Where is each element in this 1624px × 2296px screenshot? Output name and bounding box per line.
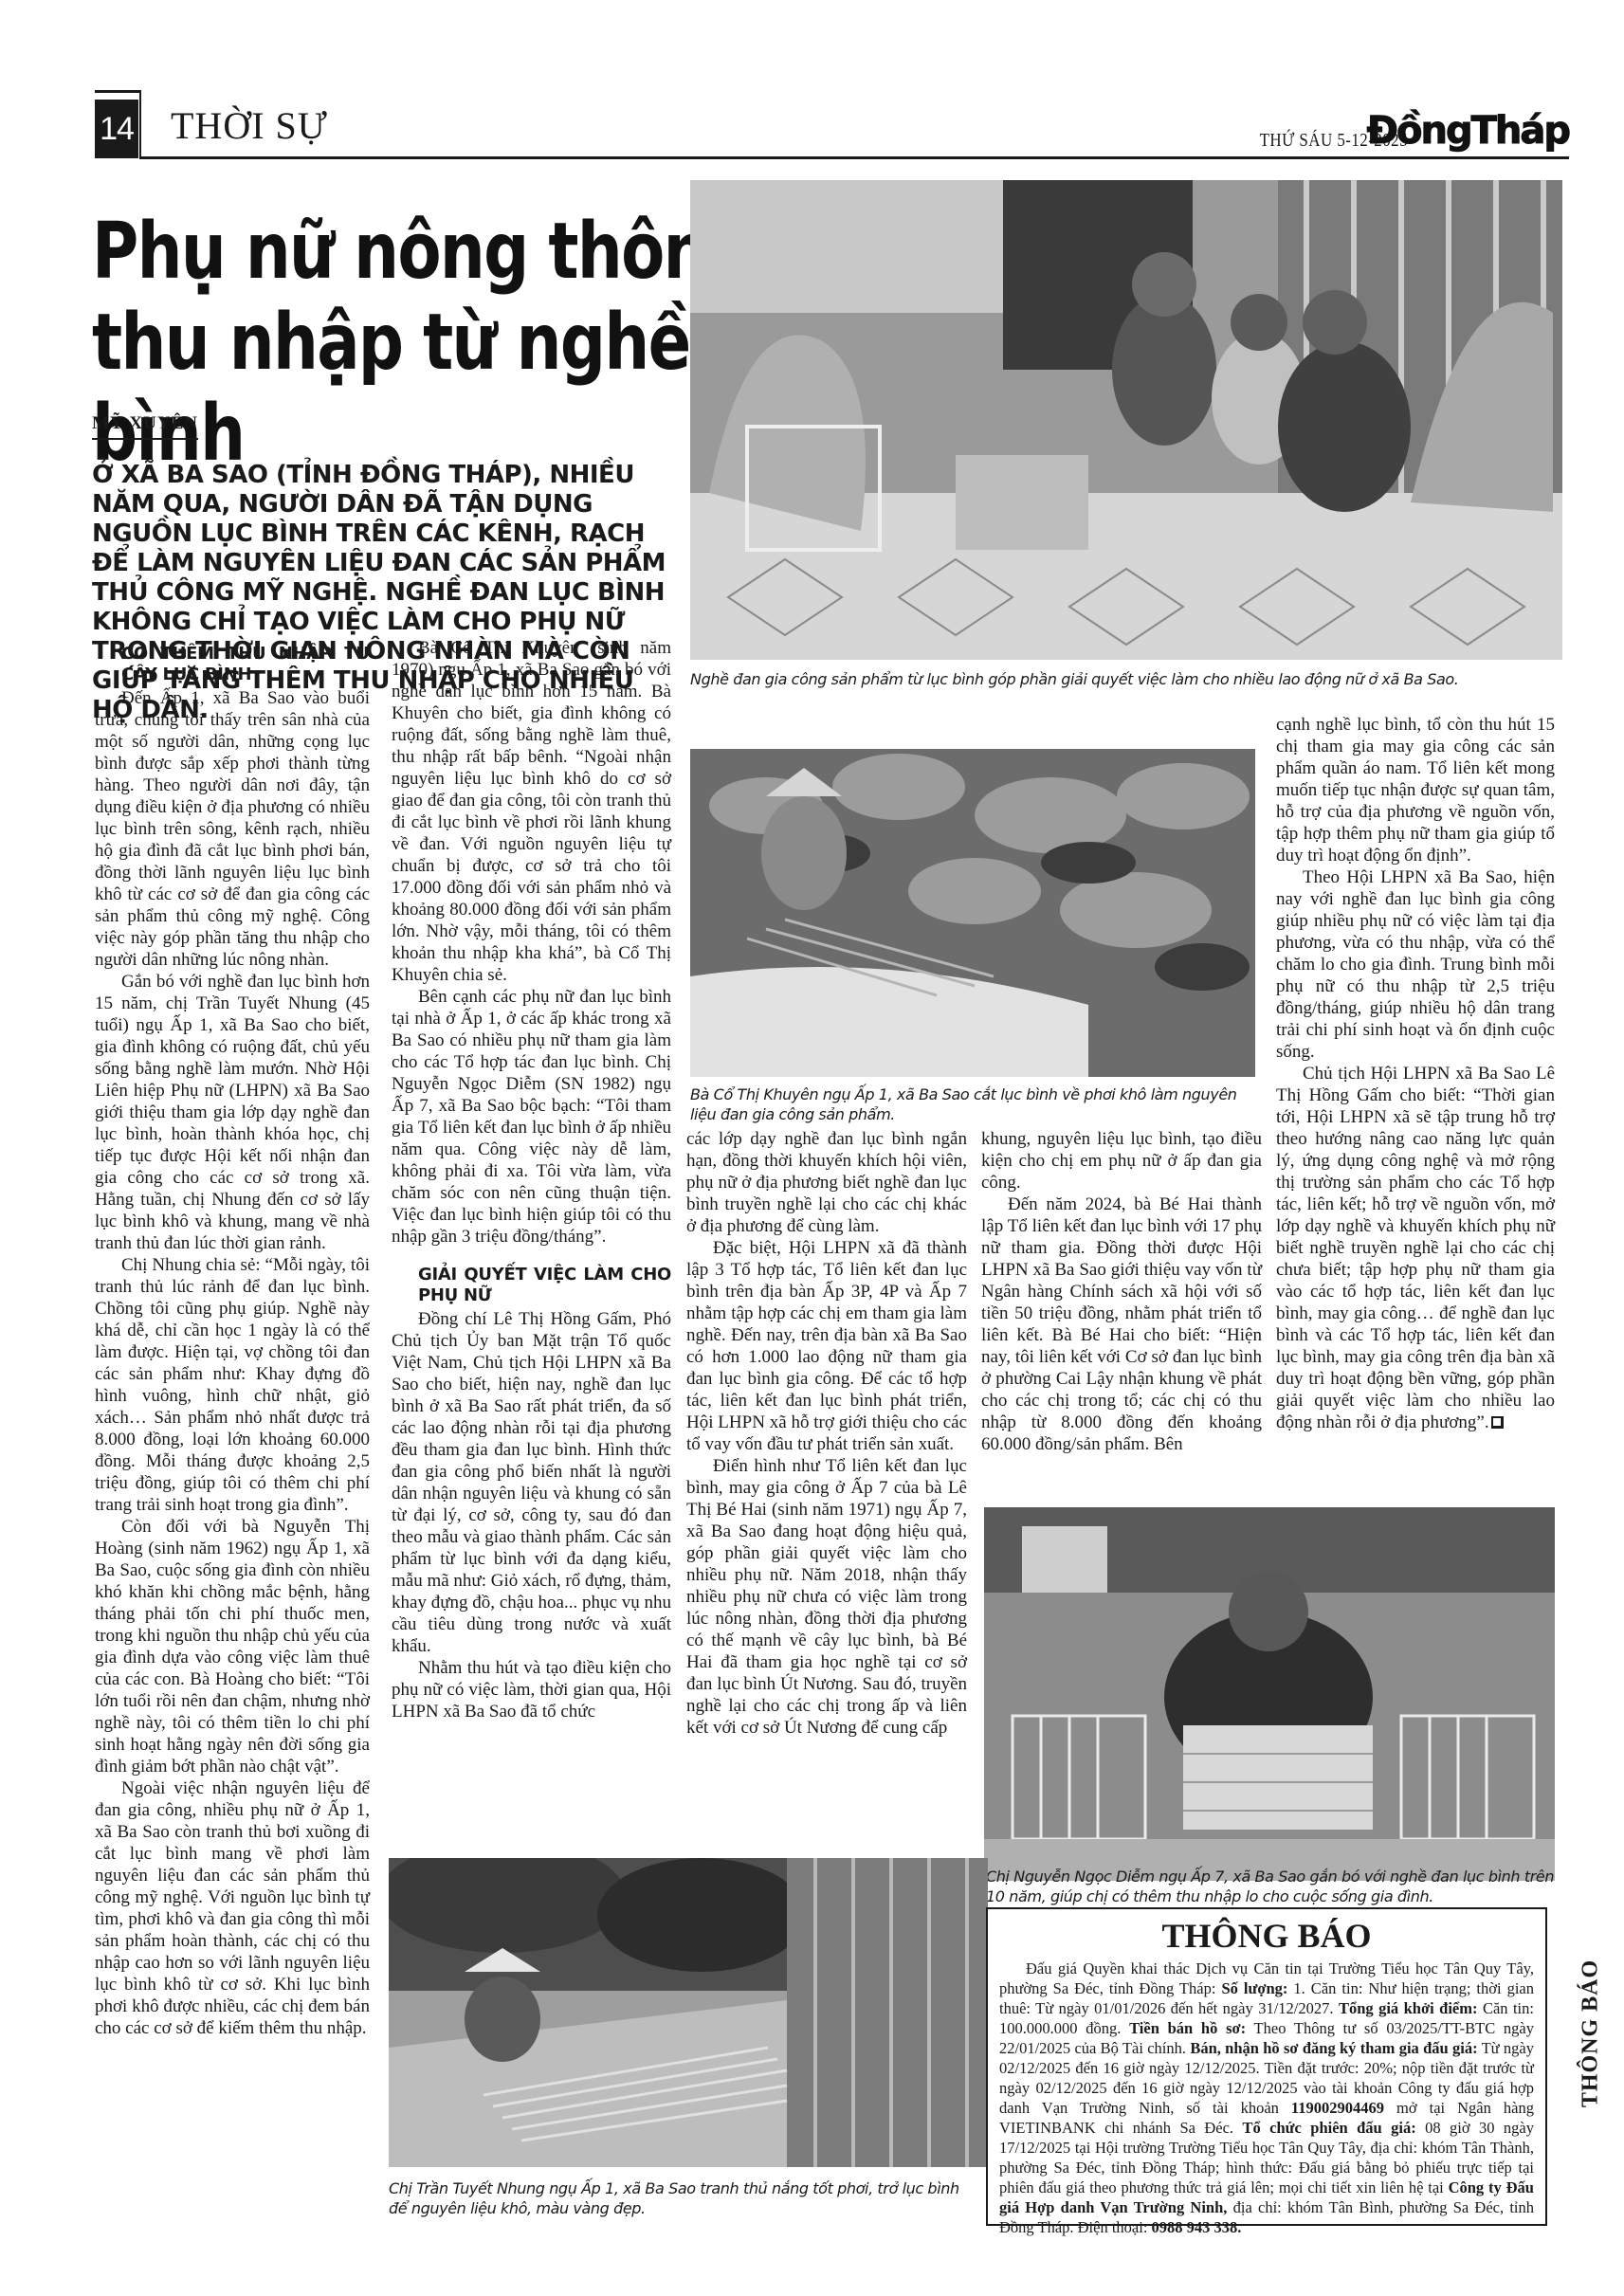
paragraph: Chị Nhung chia sẻ: “Mỗi ngày, tôi tranh … (95, 1254, 370, 1516)
paragraph: các lớp dạy nghề đan lục bình ngắn hạn, … (686, 1128, 967, 1237)
photo-caption: Bà Cổ Thị Khuyên ngụ Ấp 1, xã Ba Sao cắt… (690, 1084, 1259, 1124)
article-column-1: CÓ THÊM THU NHẬP TỪ CÂY LỤC BÌNH Đến Ấp … (95, 640, 370, 2039)
page-header: 14 THỜI SỰ THỨ SÁU 5-12-2025 ĐồngTháp (95, 90, 1569, 156)
notice-bold: Bán, nhận hồ sơ đăng ký tham gia đấu giá… (1190, 2039, 1477, 2057)
paragraph: Theo Hội LHPN xã Ba Sao, hiện nay với ng… (1276, 866, 1555, 1063)
end-of-article-icon (1491, 1416, 1504, 1429)
byline: MỸ XUYÊN (92, 413, 198, 440)
subheading-employment: GIẢI QUYẾT VIỆC LÀM CHO PHỤ NỮ (392, 1265, 671, 1306)
paragraph: Bên cạnh các phụ nữ đan lục bình tại nhà… (392, 986, 671, 1248)
notice-bold: Tổ chức phiên đấu giá: (1242, 2119, 1415, 2137)
paragraph-text: Chủ tịch Hội LHPN xã Ba Sao Lê Thị Hồng … (1276, 1064, 1555, 1432)
photo-caption: Chị Trần Tuyết Nhung ngụ Ấp 1, xã Ba Sao… (389, 2178, 976, 2218)
photo-cutting-hyacinth (690, 749, 1255, 1077)
paragraph: Bà Cổ Thị Khuyên (sinh năm 1970) ngụ Ấp … (392, 637, 671, 986)
photo-image (984, 1507, 1555, 1881)
paragraph: cạnh nghề lục bình, tổ còn thu hút 15 ch… (1276, 714, 1555, 866)
notice-phone: 0988 943 338. (1152, 2218, 1242, 2236)
side-label-text: THÔNG BÁO (1578, 1959, 1604, 2107)
notice-bold: Tổng giá khởi điểm: (1339, 1999, 1478, 2017)
paragraph: Đến năm 2024, bà Bé Hai thành lập Tổ liê… (981, 1194, 1262, 1455)
auction-notice: THÔNG BÁO Đấu giá Quyền khai thác Dịch v… (986, 1907, 1547, 2226)
photo-caption: Chị Nguyễn Ngọc Diễm ngụ Ấp 7, xã Ba Sao… (986, 1867, 1555, 1906)
newspaper-logo: ĐồngTháp (1367, 109, 1570, 153)
photo-drying-hyacinth (389, 1858, 988, 2167)
photo-woman-weaving-basket (984, 1507, 1555, 1881)
photo-caption: Nghề đan gia công sản phẩm từ lục bình g… (690, 669, 1562, 689)
section-name: THỜI SỰ (171, 103, 328, 148)
paragraph: Gắn bó với nghề đan lục bình hơn 15 năm,… (95, 971, 370, 1254)
paragraph: Nhằm thu hút và tạo điều kiện cho phụ nữ… (392, 1657, 671, 1722)
notice-account-number: 119002904469 (1291, 2099, 1384, 2117)
header-rule (140, 156, 1569, 159)
article-column-2: Bà Cổ Thị Khuyên (sinh năm 1970) ngụ Ấp … (392, 637, 671, 1722)
subheading-income: CÓ THÊM THU NHẬP TỪ CÂY LỤC BÌNH (95, 644, 370, 685)
photo-image (690, 180, 1562, 660)
page-number: 14 (95, 100, 138, 158)
photo-women-weaving (690, 180, 1562, 660)
notice-bold: Số lượng: (1221, 1979, 1287, 1997)
paragraph: Đặc biệt, Hội LHPN xã đã thành lập 3 Tổ … (686, 1237, 967, 1455)
paragraph: Còn đối với bà Nguyễn Thị Hoàng (sinh nă… (95, 1516, 370, 1777)
paragraph: Chủ tịch Hội LHPN xã Ba Sao Lê Thị Hồng … (1276, 1063, 1555, 1433)
article-column-3: các lớp dạy nghề đan lục bình ngắn hạn, … (686, 1128, 967, 1739)
article-column-5: cạnh nghề lục bình, tổ còn thu hút 15 ch… (1276, 714, 1555, 1433)
paragraph: khung, nguyên liệu lục bình, tạo điều ki… (981, 1128, 1262, 1194)
notice-side-label: THÔNG BÁO (1572, 1915, 1610, 2152)
paragraph: Đến Ấp 1, xã Ba Sao vào buổi trưa, chúng… (95, 687, 370, 971)
paragraph: Điển hình như Tổ liên kết đan lục bình, … (686, 1455, 967, 1739)
paragraph: Đồng chí Lê Thị Hồng Gấm, Phó Chủ tịch Ủ… (392, 1308, 671, 1657)
header-divider (139, 90, 141, 159)
article-column-4: khung, nguyên liệu lục bình, tạo điều ki… (981, 1128, 1262, 1455)
notice-title: THÔNG BÁO (999, 1917, 1534, 1955)
notice-body: Đấu giá Quyền khai thác Dịch vụ Căn tin … (999, 1959, 1534, 2237)
page-number-bar (95, 90, 140, 93)
notice-bold: Tiền bán hồ sơ: (1129, 2019, 1246, 2037)
photo-image (389, 1858, 988, 2167)
photo-image (690, 749, 1255, 1077)
paragraph: Ngoài việc nhận nguyên liệu để đan gia c… (95, 1777, 370, 2039)
